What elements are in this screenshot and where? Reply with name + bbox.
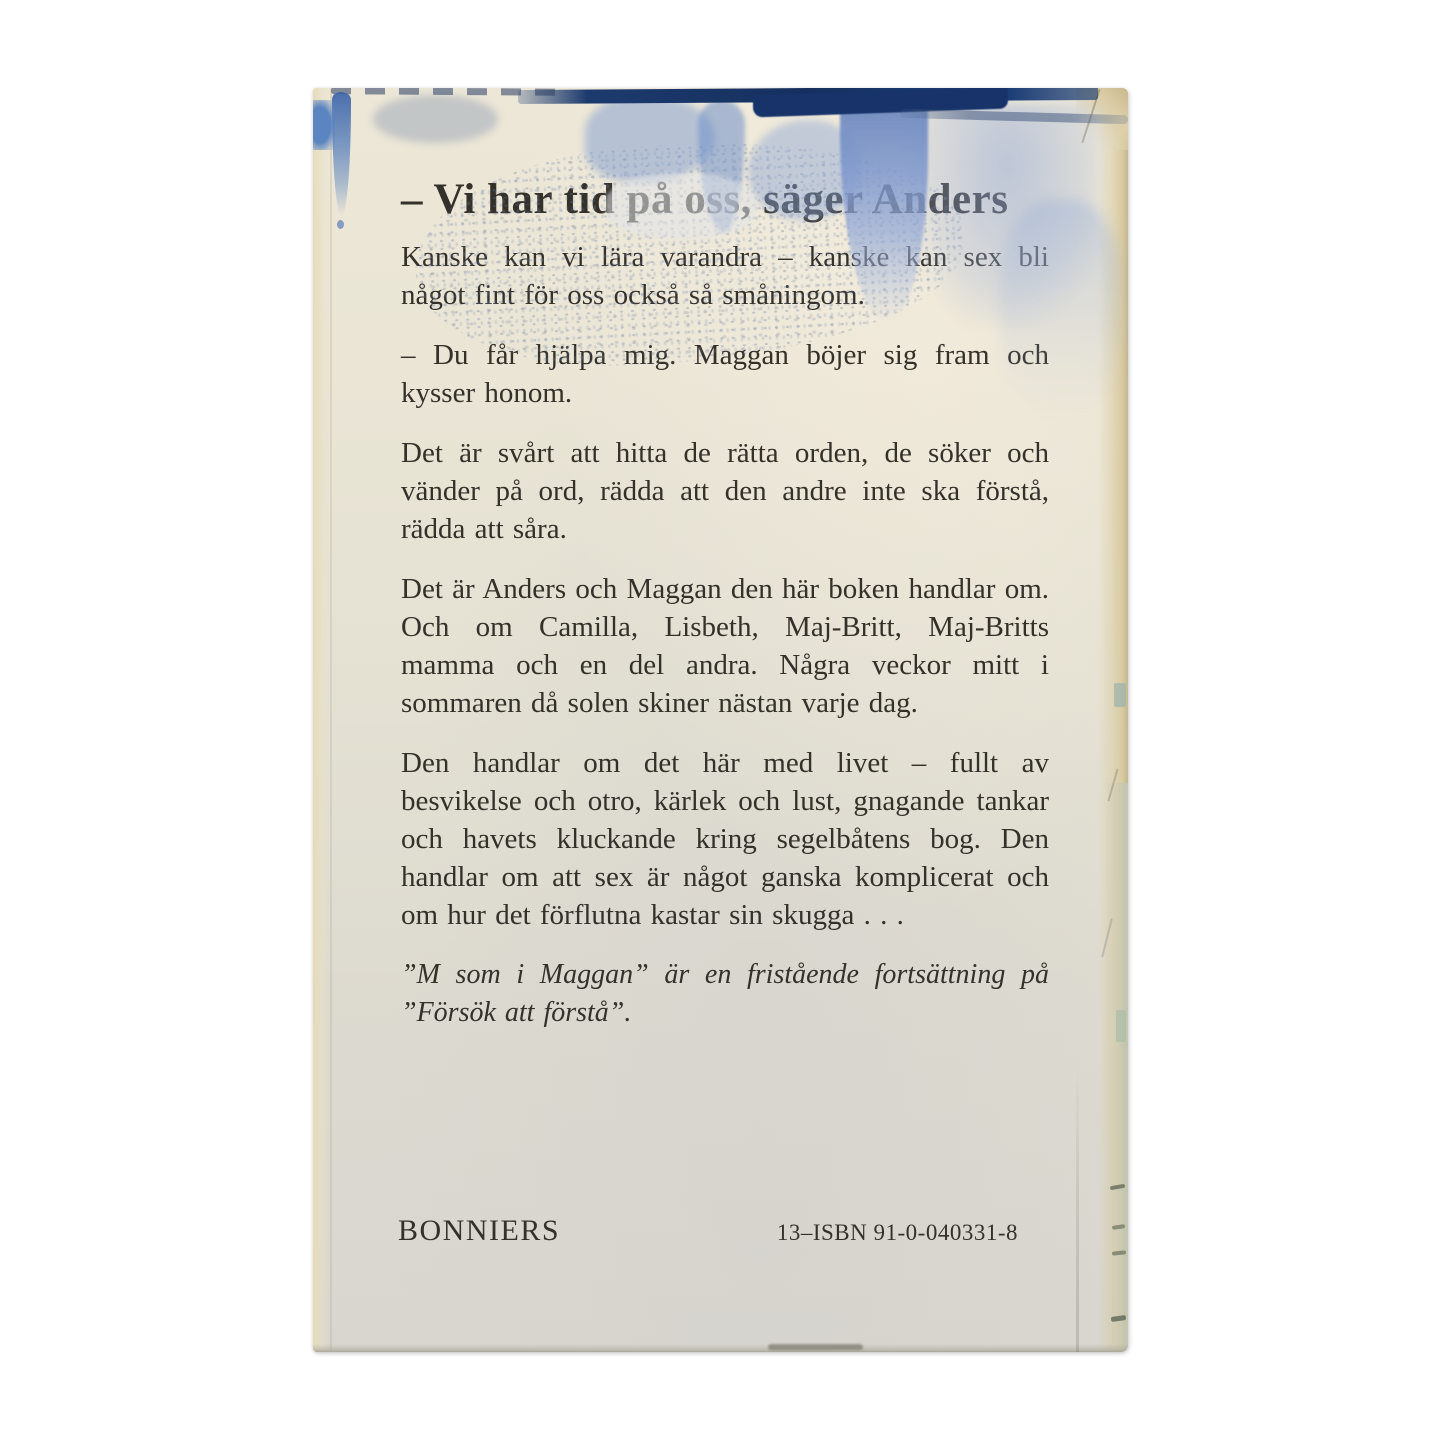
bottom-edge-smudge: [768, 1344, 863, 1350]
blurb-paragraph: – Du får hjälpa mig. Maggan böjer sig fr…: [401, 336, 1049, 412]
blurb-paragraph: Den handlar om det här med livet – fullt…: [401, 744, 1049, 934]
book-back-cover: – Vi har tid på oss, säger Anders Kanske…: [313, 88, 1128, 1352]
ink-stain-top-band: [518, 88, 1098, 104]
jacket-fold-line-left: [330, 88, 332, 1352]
jacket-fold-line: [1076, 1068, 1079, 1352]
blurb-paragraph: Det är svårt att hitta de rätta orden, d…: [401, 434, 1049, 548]
photo-background: { "cover": { "heading": "– Vi har tid på…: [0, 0, 1445, 1445]
ink-stain-dash-line: [331, 88, 563, 96]
ink-stain-top-band-thick: [753, 88, 1008, 117]
ink-stain-left-drip: [332, 92, 351, 216]
isbn-number: 13–ISBN 91-0-040331-8: [777, 1220, 1018, 1246]
blurb-heading: – Vi har tid på oss, säger Anders: [401, 174, 1049, 226]
edge-wear-mark: [1114, 683, 1126, 707]
blurb-paragraph: Kanske kan vi lära varandra – kanske kan…: [401, 238, 1049, 314]
ink-stain-dab: [373, 95, 498, 143]
blurb-text-block: – Vi har tid på oss, säger Anders Kanske…: [401, 174, 1049, 1054]
page-edge-right-lower: [1104, 783, 1128, 1352]
publisher-name: BONNIERS: [398, 1214, 560, 1248]
ink-stain-dot: [337, 220, 344, 229]
blurb-paragraph: Det är Anders och Maggan den här boken h…: [401, 570, 1049, 722]
page-edge-bottom: [313, 1344, 1128, 1352]
imprint-row: BONNIERS 13–ISBN 91-0-040331-8: [398, 1214, 1018, 1248]
page-edge-left: [313, 88, 329, 1352]
ink-stain-wash: [585, 96, 715, 182]
edge-wear-mark: [1116, 1010, 1126, 1042]
blurb-paragraph-italic: ”M som i Maggan” är en fristående fortsä…: [401, 956, 1049, 1032]
